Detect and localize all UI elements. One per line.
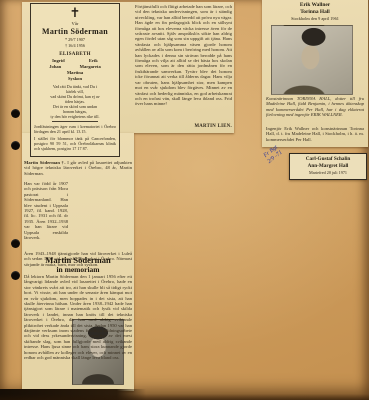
obituary-signature: MARTIN LIEN. — [135, 124, 238, 129]
notice-deceased-name: Martin Söderman — [34, 27, 116, 36]
engagement-caption: Konstnärinnan TORINNA HALL, dotter till … — [266, 96, 364, 123]
engagement-announcement-box: Carl-Gustaf Schalin Ann-Margret Hall Mar… — [289, 153, 367, 180]
family-relatives: Syskon — [34, 76, 116, 81]
notice-dedication: Vår — [34, 21, 116, 26]
obituary-clipping-bottom: Martin Söderman †. I går avled på lasare… — [22, 133, 134, 391]
engagement-header: Erik Wallner Torinna Hall Stockholm den … — [262, 0, 368, 21]
announcement-name-male: Carl-Gustaf Schalin — [290, 156, 366, 163]
notice-birth-date: * 29/7 1907 — [34, 37, 116, 42]
family-member: Margareta — [80, 64, 101, 69]
obituary-article-left-column: Han var född år 1907 och prästson från M… — [24, 181, 68, 249]
memoriam-heading-name: Martin Söderman — [24, 255, 132, 265]
engagement-name-female: Torinna Hall — [262, 9, 368, 16]
family-member: Erik — [89, 58, 98, 63]
announcement-place-date: Mariefred 20 juli 1971 — [290, 170, 366, 175]
memoriam-heading: Martin Söderman in memoriam — [24, 255, 132, 274]
notice-death-date: † 16/4 1956 — [34, 43, 116, 48]
memoriam-heading-subtitle: in memoriam — [24, 265, 132, 274]
notice-widow-name: ELISABETH — [34, 52, 116, 57]
family-member: Martina — [34, 70, 116, 75]
scan-bottom-shadow — [0, 394, 369, 400]
notice-family-row: Ingrid Erik — [34, 58, 116, 63]
punch-hole — [11, 271, 20, 280]
announcement-name-female: Ann-Margret Hall — [290, 163, 366, 170]
notice-memorial-verse: Vad rätt Du tänkt, vad Du i kärlek vill,… — [34, 84, 116, 120]
obituary-intro-lead: Martin Söderman †. — [24, 160, 66, 165]
engagement-place-date: Stockholm den 9 april 1961 — [262, 16, 368, 22]
punch-hole — [11, 109, 20, 118]
family-member: Johan — [49, 64, 61, 69]
engagement-clipping: Erik Wallner Torinna Hall Stockholm den … — [262, 0, 368, 147]
memoriam-body: Då lektorn Martin Söderman den 1 januari… — [24, 274, 132, 387]
notice-funeral-info: Jordfästningen äger rum i krematoriet i … — [34, 124, 116, 134]
notice-donation-info: I stället för blommor tänk på Cancerfond… — [34, 136, 116, 151]
obituary-article-intro: Martin Söderman †. I går avled på lasare… — [24, 160, 132, 176]
notice-divider — [52, 121, 97, 122]
cross-icon: ✝ — [34, 6, 116, 20]
death-notice: ✝ Vår Martin Söderman * 29/7 1907 † 16/4… — [30, 3, 120, 157]
punch-hole — [11, 141, 20, 150]
family-member: Ingrid — [52, 58, 65, 63]
obituary-article-column2: Förtjänstfullt och flitigt arbetade han … — [135, 4, 232, 122]
punch-hole — [11, 239, 20, 248]
engagement-name-male: Erik Wallner — [262, 2, 368, 9]
portrait-photo-woman — [271, 25, 353, 95]
notice-family-row: Johan Margareta — [34, 64, 116, 69]
scrapbook-page: Förtjänstfullt och flitigt arbetade han … — [0, 0, 369, 400]
